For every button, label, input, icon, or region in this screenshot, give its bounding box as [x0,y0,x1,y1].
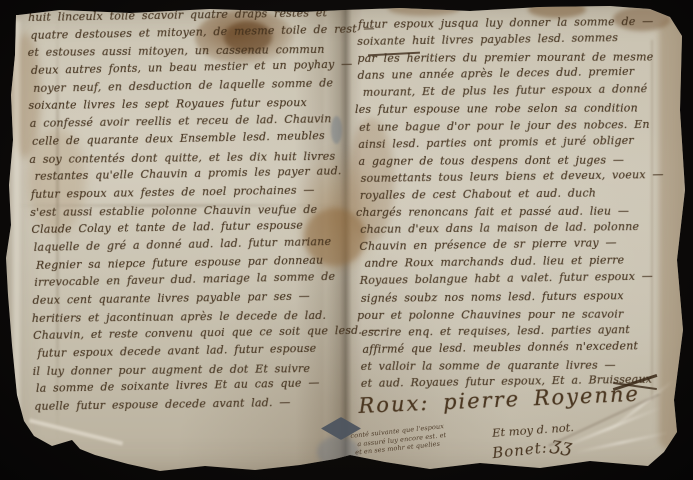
handwritten-line: ainsi lesd. parties ont promis et juré o… [358,131,666,153]
manuscript-photo: huit linceulx toile scavoir quatre draps… [0,0,693,480]
left-page-text: huit linceulx toile scavoir quatre draps… [28,4,346,416]
handwritten-line: futur espoux aux festes de noel prochain… [31,181,343,204]
handwritten-line: soixante huit livres payables lesd. somm… [357,29,665,51]
handwritten-line: mourant, Et de plus les futur espoux a d… [363,80,668,101]
handwritten-line: signés soubz nos noms lesd. futurs espou… [361,286,666,306]
right-page-text: futur espoux jusqua luy donner la somme … [355,13,667,392]
handwritten-line: affirmé que lesd. meubles donnés n'exced… [362,337,670,358]
notary-paraph: ʒʒ [549,433,575,458]
handwritten-line: royalles de cest Chabout et aud. duch [360,184,665,204]
bottom-left-tear-highlight [29,418,123,445]
manuscript-sheet: huit linceulx toile scavoir quatre draps… [0,0,693,480]
top-center-stain [388,1,460,16]
left-edge-highlight [13,20,20,412]
